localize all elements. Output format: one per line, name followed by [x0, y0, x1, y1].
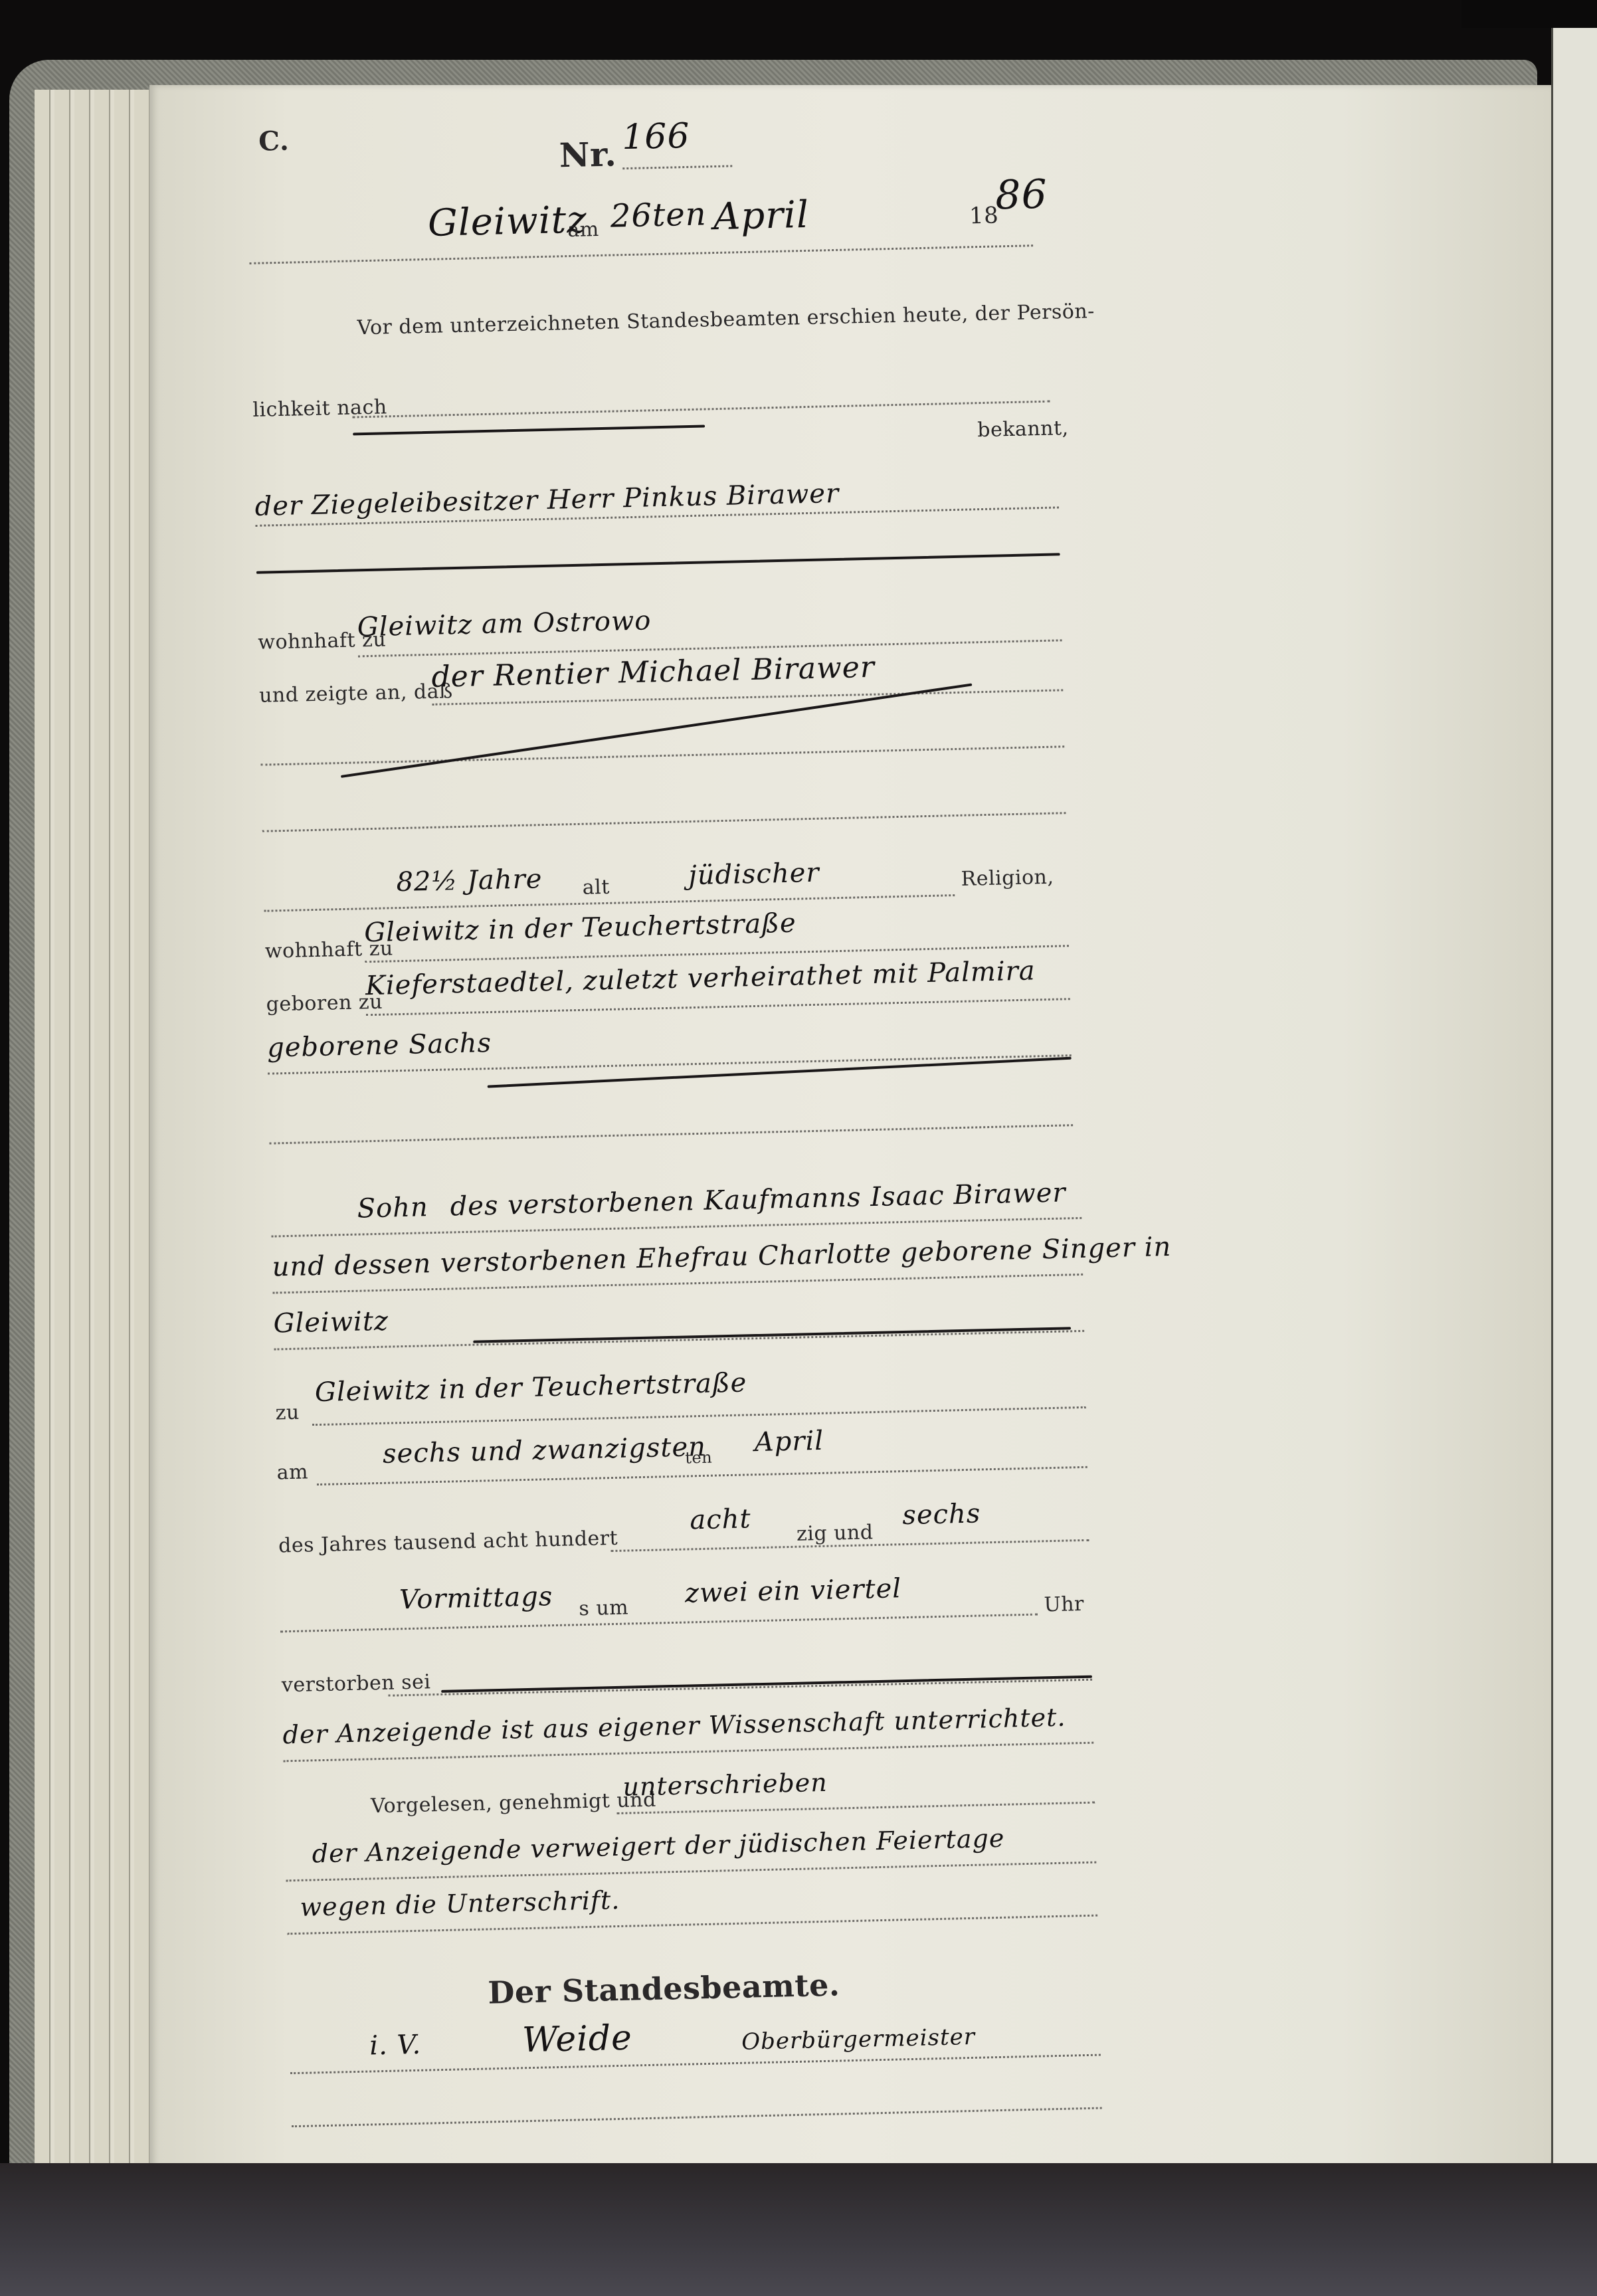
death-decade: acht: [690, 1503, 751, 1535]
death-day: sechs und zwanzigsten: [383, 1432, 707, 1470]
birthplace: Kieferstaedtel, zuletzt verheirathet mit…: [365, 955, 1036, 1001]
ten-label: ten: [685, 1448, 712, 1468]
number-dotline: [622, 165, 732, 169]
father: des verstorbenen Kaufmanns Isaac Birawer: [450, 1177, 1066, 1222]
blank-dotline-1: [260, 745, 1064, 765]
registrar-title: Der Standesbeamte.: [488, 1966, 840, 2010]
death-place-label: zu: [275, 1401, 300, 1425]
parents-strike: [473, 1327, 1071, 1343]
informant: der Ziegeleibesitzer Herr Pinkus Birawer: [254, 478, 839, 522]
death-month: April: [754, 1426, 824, 1458]
died-strike: [441, 1675, 1092, 1693]
death-year-unit: sechs: [902, 1498, 981, 1531]
series-letter: C.: [258, 126, 290, 157]
age-label: alt: [582, 876, 610, 900]
date-day: 26ten: [610, 195, 707, 235]
read-label: Vorgelesen, genehmigt und: [371, 1788, 656, 1818]
died-label: verstorben sei: [282, 1670, 431, 1697]
year-suffix: 86: [995, 171, 1048, 219]
death-place: Gleiwitz in der Teuchertstraße: [314, 1367, 747, 1408]
informant-strike: [256, 553, 1060, 573]
day-label: am: [276, 1460, 308, 1484]
place: Gleiwitz: [427, 198, 587, 244]
registrar-role: Oberbürgermeister: [741, 2024, 976, 2056]
birthplace-continued: geborene Sachs: [267, 1028, 492, 1064]
deceased-name: der Rentier Michael Birawer: [431, 650, 875, 694]
blank-dotline-3: [269, 1124, 1073, 1144]
am-label: am: [567, 218, 599, 242]
um-label: s um: [579, 1596, 628, 1621]
strike-line: [353, 425, 705, 435]
signature-prefix: i. V.: [369, 2030, 422, 2061]
remark-line2: wegen die Unterschrift.: [300, 1885, 620, 1922]
facing-page: [1551, 28, 1597, 2247]
son-label: Sohn: [357, 1192, 428, 1224]
parents-place: Gleiwitz: [273, 1306, 389, 1339]
deceased-age: 82½ Jahre: [396, 864, 543, 898]
signed-dotline: [616, 1802, 1095, 1814]
registrar-signature: Weide: [521, 2018, 632, 2061]
personality-dotline: [353, 401, 1050, 419]
table-surface: [0, 2163, 1597, 2296]
religion: jüdischer: [688, 858, 820, 891]
remark-line1: der Anzeigende verweigert der jüdischen …: [312, 1824, 1005, 1869]
year-label: des Jahres tausend acht hundert: [278, 1527, 618, 1558]
religion-label: Religion,: [961, 866, 1054, 891]
background-shadow: [1461, 0, 1597, 28]
page-edges: [35, 90, 167, 2216]
birthplace-dotline: [366, 998, 1070, 1016]
death-time-dotline: [280, 1614, 1038, 1633]
number-label: Nr.: [559, 134, 617, 175]
died-dotline: [388, 1679, 1092, 1697]
date-month: April: [713, 193, 809, 239]
death-record-form: C. Nr. 166 Gleiwitz am 26ten April 18 86…: [246, 87, 1153, 2033]
death-place-dotline: [312, 1406, 1086, 1426]
informant-residence: Gleiwitz am Ostrowo: [357, 605, 651, 642]
parents-place-dotline: [274, 1330, 1084, 1351]
place-date-dotline: [249, 244, 1033, 264]
record-number: 166: [622, 116, 691, 157]
intro-line1: Vor dem unterzeichneten Standesbeamten e…: [357, 300, 1095, 339]
time-of-day: Vormittags: [399, 1581, 553, 1615]
year-prefix: 18: [969, 202, 999, 229]
death-day-dotline: [317, 1466, 1087, 1485]
intro-line2-suffix: bekannt,: [977, 417, 1069, 442]
zig-label: zig und: [797, 1521, 874, 1546]
deceased-residence: Gleiwitz in der Teuchertstraße: [364, 908, 797, 949]
signed-word: unterschrieben: [622, 1768, 828, 1802]
uhr-label: Uhr: [1044, 1592, 1084, 1616]
blank-dotline-2: [262, 812, 1066, 832]
informant-note: der Anzeigende ist aus eigener Wissensch…: [282, 1703, 1066, 1750]
announce-label: und zeigte an, daß: [259, 680, 453, 708]
death-time: zwei ein viertel: [684, 1573, 901, 1608]
